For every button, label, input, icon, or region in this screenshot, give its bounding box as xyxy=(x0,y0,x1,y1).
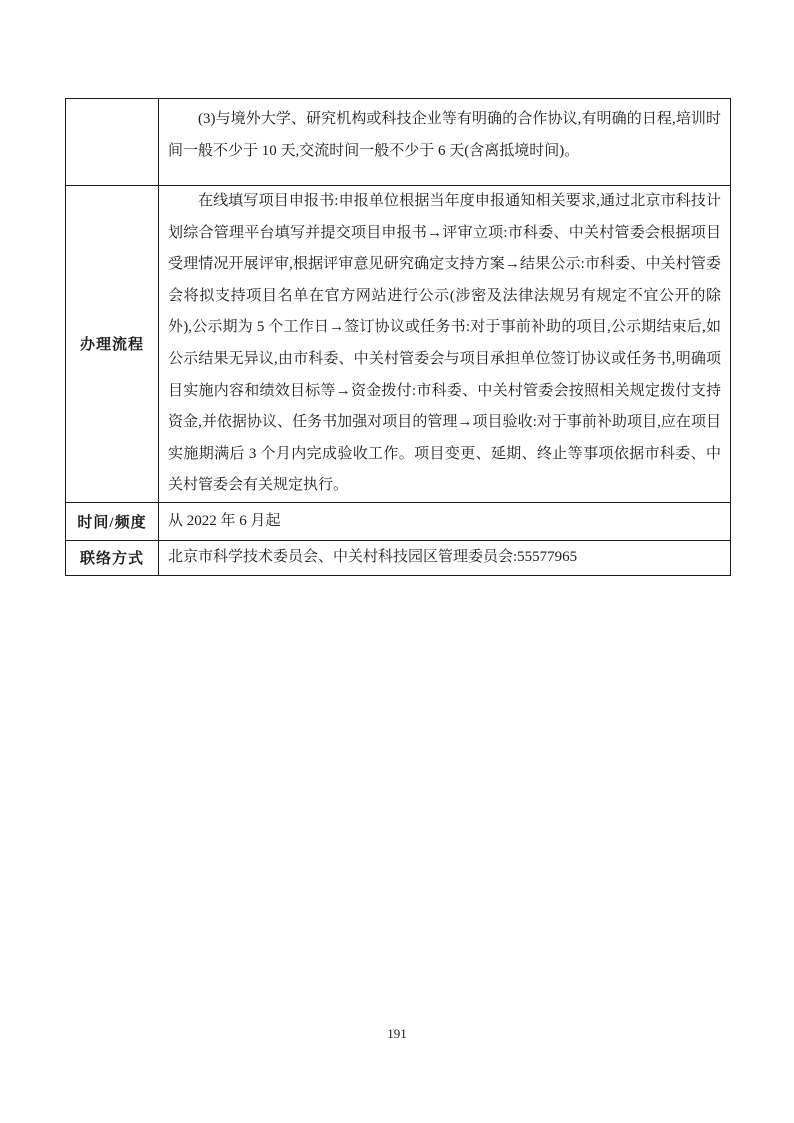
row-label-contact: 联络方式 xyxy=(66,540,159,575)
row-content-process: 在线填写项目申报书:申报单位根据当年度申报通知相关要求,通过北京市科技计划综合管… xyxy=(159,186,731,503)
page-number: 191 xyxy=(0,1026,794,1042)
table-row-conditions-continued: (3)与境外大学、研究机构或科技企业等有明确的合作协议,有明确的日程,培训时间一… xyxy=(66,99,731,186)
row-label-process: 办理流程 xyxy=(66,186,159,503)
row-content-time-frequency: 从 2022 年 6 月起 xyxy=(159,502,731,540)
row-label-empty xyxy=(66,99,159,186)
procedure-info-table: (3)与境外大学、研究机构或科技企业等有明确的合作协议,有明确的日程,培训时间一… xyxy=(65,98,731,576)
row-content-conditions: (3)与境外大学、研究机构或科技企业等有明确的合作协议,有明确的日程,培训时间一… xyxy=(159,99,731,186)
process-description-text: 在线填写项目申报书:申报单位根据当年度申报通知相关要求,通过北京市科技计划综合管… xyxy=(168,186,721,502)
table-row-time-frequency: 时间/频度 从 2022 年 6 月起 xyxy=(66,502,731,540)
row-label-time-frequency: 时间/频度 xyxy=(66,502,159,540)
conditions-item-3-text: (3)与境外大学、研究机构或科技企业等有明确的合作协议,有明确的日程,培训时间一… xyxy=(168,99,721,167)
row-content-contact: 北京市科学技术委员会、中关村科技园区管理委员会:55577965 xyxy=(159,540,731,575)
table-row-contact: 联络方式 北京市科学技术委员会、中关村科技园区管理委员会:55577965 xyxy=(66,540,731,575)
table-row-process: 办理流程 在线填写项目申报书:申报单位根据当年度申报通知相关要求,通过北京市科技… xyxy=(66,186,731,503)
